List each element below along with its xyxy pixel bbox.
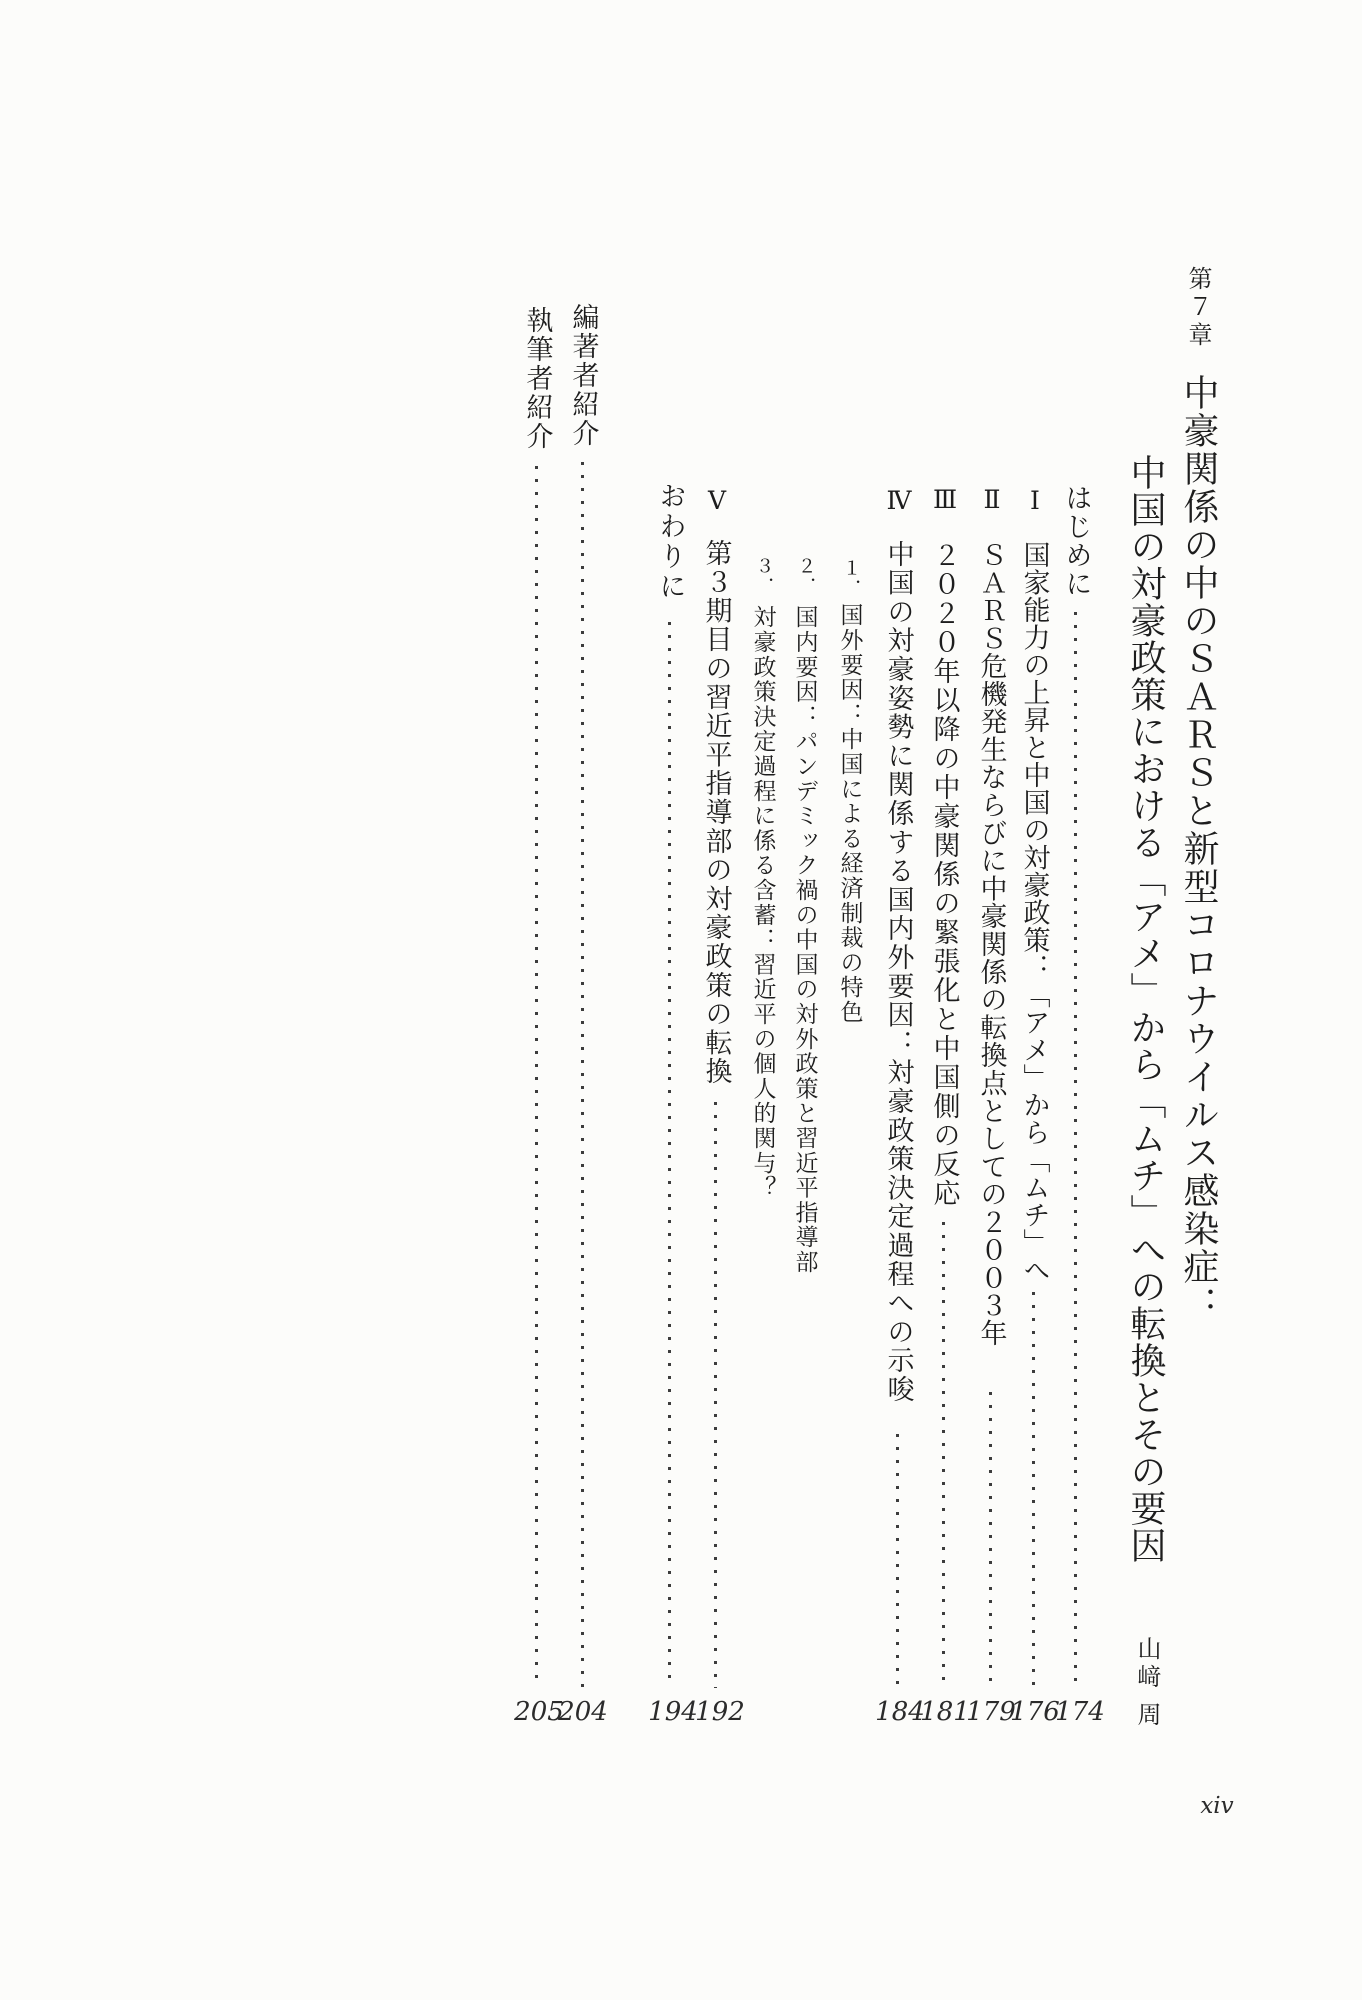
toc-section-5-title: 第３期目の習近平指導部の対豪政策の転換 (703, 539, 730, 1086)
toc-subsection-3-title: 対豪政策決定過程に係る含蓄：習近平の個人的関与？ (752, 605, 775, 1200)
dot-leader-contributors-intro (535, 466, 538, 1688)
toc-subsection-2-number: ２． (796, 556, 815, 598)
dot-leader-section-5 (714, 1102, 717, 1688)
page-number-intro: 174 (1055, 1697, 1105, 1727)
toc-entry-contributors-intro: 執筆者紹介 (524, 306, 551, 451)
chapter-title-line-2: 中国の対豪政策における「アメ」から「ムチ」への転換とその要因 (1128, 454, 1164, 1564)
toc-entry-intro: はじめに (1063, 484, 1090, 598)
toc-section-1-title: 国家能力の上昇と中国の対豪政策：「アメ」から「ムチ」へ (1021, 541, 1048, 1284)
page-number-outro: 194 (648, 1697, 698, 1727)
folio-page-number: xiv (1200, 1793, 1233, 1819)
toc-section-5-numeral: Ⅴ (704, 486, 729, 515)
toc-section-2-numeral: Ⅱ (979, 485, 1004, 514)
dot-leader-outro (668, 622, 671, 1688)
toc-subsection-2-title: 国内要因：パンデミック禍の中国の対外政策と習近平指導部 (794, 605, 817, 1275)
toc-section-1-numeral: Ⅰ (1022, 486, 1047, 515)
toc-subsection-1-number: １． (841, 558, 860, 600)
toc-page: 第７章 中豪関係の中のＳＡＲＳと新型コロナウイルス感染症： 中国の対豪政策におけ… (0, 0, 1362, 2000)
toc-section-4-title: 中国の対豪姿勢に関係する国内外要因：対豪政策決定過程への示唆 (885, 540, 912, 1404)
page-number-editors-intro: 204 (558, 1697, 608, 1727)
dot-leader-section-4 (896, 1434, 899, 1688)
toc-subsection-1-title: 国外要因：中国による経済制裁の特色 (839, 603, 862, 1025)
toc-entry-editors-intro: 編著者紹介 (570, 303, 597, 448)
toc-entry-outro: おわりに (657, 482, 684, 602)
page-number-section-1: 176 (1010, 1697, 1060, 1727)
dot-leader-intro (1074, 612, 1077, 1688)
dot-leader-editors-intro (581, 462, 584, 1688)
toc-section-3-title: ２０２０年以降の中豪関係の緊張化と中国側の反応 (931, 541, 958, 1208)
toc-section-2-title: ＳＡＲＳ危機発生ならびに中豪関係の転換点としての２００３年 (978, 541, 1005, 1347)
page-number-section-5: 192 (695, 1697, 745, 1727)
toc-section-3-numeral: Ⅲ (932, 485, 957, 514)
dot-leader-section-2 (989, 1392, 992, 1688)
page-number-section-2: 179 (966, 1697, 1016, 1727)
toc-subsection-3-number: ３． (754, 556, 773, 598)
chapter-author: 山﨑 周 (1134, 1636, 1158, 1730)
toc-section-4-numeral: Ⅳ (886, 486, 911, 515)
dot-leader-section-3 (942, 1222, 945, 1688)
page-number-section-3: 181 (920, 1697, 970, 1727)
dot-leader-section-1 (1032, 1292, 1035, 1688)
page-number-contributors-intro: 205 (514, 1697, 564, 1727)
chapter-number-label: 第７章 (1185, 266, 1209, 350)
chapter-title-line-1: 中豪関係の中のＳＡＲＳと新型コロナウイルス感染症： (1181, 374, 1217, 1324)
page-number-section-4: 184 (875, 1697, 925, 1727)
